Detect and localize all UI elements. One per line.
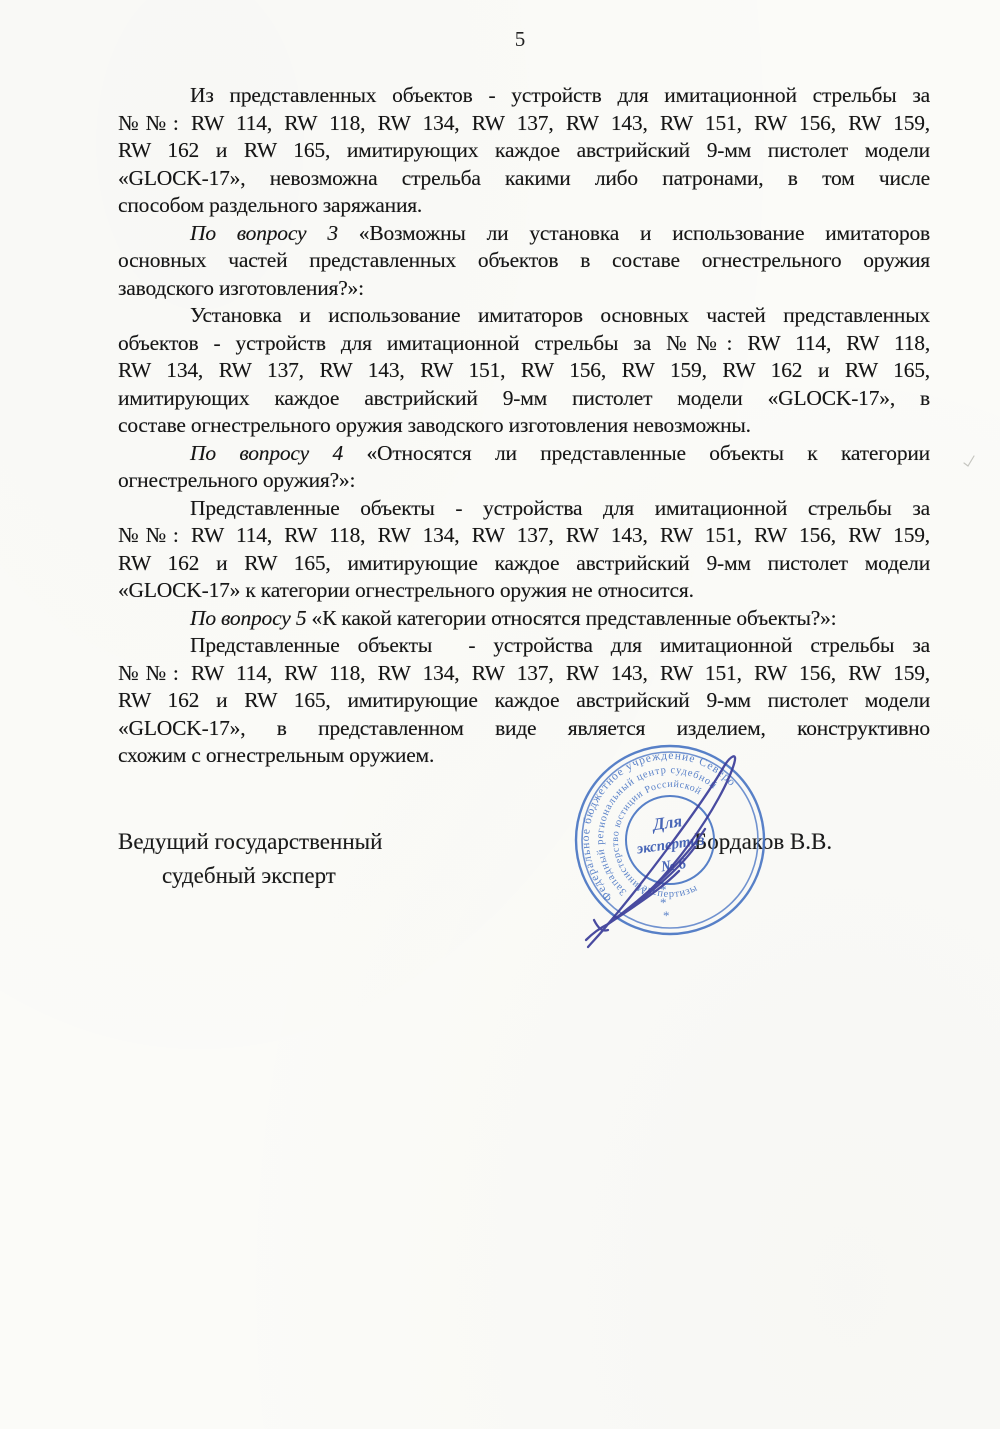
body-segment: огнестрельного оружия?»: (118, 468, 355, 492)
body-segment: имитирующих каждое австрийский 9-мм пист… (118, 386, 930, 410)
body-segment: №№: RW 114, RW 118, RW 134, RW 137, RW 1… (118, 661, 930, 685)
body-line: основных частей представленных объектов … (118, 247, 930, 275)
body-segment: способом раздельного заряжания. (118, 193, 422, 217)
body-segment: схожим с огнестрельным оружием. (118, 743, 434, 767)
body-line: №№: RW 114, RW 118, RW 134, RW 137, RW 1… (118, 522, 930, 550)
body-line: «GLOCK-17», в представленном виде являет… (118, 715, 930, 743)
body-segment: №№: RW 114, RW 118, RW 134, RW 137, RW 1… (118, 111, 930, 135)
body-text: Из представленных объектов - устройств д… (118, 82, 930, 770)
body-line: схожим с огнестрельным оружием. (118, 742, 930, 770)
body-line: №№: RW 114, RW 118, RW 134, RW 137, RW 1… (118, 660, 930, 688)
body-segment: «GLOCK-17», невозможна стрельба какими л… (118, 166, 930, 190)
body-segment-italic: По вопросу 3 (190, 221, 359, 245)
signer-role-line2: судебный эксперт (118, 859, 382, 893)
body-segment: «Возможны ли установка и использование и… (359, 221, 930, 245)
body-segment: основных частей представленных объектов … (118, 248, 930, 272)
body-segment-italic: По вопросу 5 (190, 606, 312, 630)
body-line: Установка и использование имитаторов осн… (118, 302, 930, 330)
signer-role-line1: Ведущий государственный (118, 825, 382, 859)
body-segment: «К какой категории относятся представлен… (312, 606, 837, 630)
body-line: объектов - устройств для имитационной ст… (118, 330, 930, 358)
body-line: Представленные объекты - устройства для … (118, 495, 930, 523)
body-segment: RW 162 и RW 165, имитирующие каждое авст… (118, 551, 930, 575)
stamp-center-line1: Для (650, 811, 684, 834)
stamp-asterisk: * (663, 908, 670, 923)
scanned-document-page: { "page": { "number": "5" }, "body": { "… (0, 0, 1000, 1429)
body-line: «GLOCK-17», невозможна стрельба какими л… (118, 165, 930, 193)
body-line: огнестрельного оружия?»: (118, 467, 930, 495)
body-segment: Представленные объекты - устройства для … (190, 496, 930, 520)
body-segment: RW 162 и RW 165, имитирующие каждое авст… (118, 688, 930, 712)
body-line: заводского изготовления?»: (118, 275, 930, 303)
body-segment: составе огнестрельного оружия заводского… (118, 413, 751, 437)
body-line: По вопросу 4 «Относятся ли представленны… (118, 440, 930, 468)
body-line: RW 162 и RW 165, имитирующих каждое авст… (118, 137, 930, 165)
stamp-svg: Федеральное бюджетное учреждение Северо … (538, 708, 802, 972)
body-line: RW 162 и RW 165, имитирующие каждое авст… (118, 550, 930, 578)
body-segment: «GLOCK-17», в представленном виде являет… (118, 716, 930, 740)
body-segment: Из представленных объектов - устройств д… (190, 83, 930, 107)
body-segment: «Относятся ли представленные объекты к к… (366, 441, 930, 465)
signer-role: Ведущий государственный судебный эксперт (118, 825, 382, 893)
body-line: Из представленных объектов - устройств д… (118, 82, 930, 110)
body-segment: объектов - устройств для имитационной ст… (118, 331, 930, 355)
body-line: По вопросу 3 «Возможны ли установка и ис… (118, 220, 930, 248)
body-segment: заводского изготовления?»: (118, 276, 364, 300)
body-line: RW 134, RW 137, RW 143, RW 151, RW 156, … (118, 357, 930, 385)
body-segment-italic: По вопросу 4 (190, 441, 366, 465)
body-segment: RW 134, RW 137, RW 143, RW 151, RW 156, … (118, 358, 930, 382)
body-segment: «GLOCK-17» к категории огнестрельного ор… (118, 578, 694, 602)
body-line: «GLOCK-17» к категории огнестрельного ор… (118, 577, 930, 605)
body-line: имитирующих каждое австрийский 9-мм пист… (118, 385, 930, 413)
pencil-tick-mark (958, 450, 980, 472)
body-line: способом раздельного заряжания. (118, 192, 930, 220)
body-line: №№: RW 114, RW 118, RW 134, RW 137, RW 1… (118, 110, 930, 138)
official-stamp: Федеральное бюджетное учреждение Северо … (538, 708, 802, 972)
body-segment: Установка и использование имитаторов осн… (190, 303, 930, 327)
body-segment: Представленные объекты - устройства для … (190, 633, 930, 657)
body-line: RW 162 и RW 165, имитирующие каждое авст… (118, 687, 930, 715)
page-number: 5 (0, 27, 1000, 52)
body-line: Представленные объекты - устройства для … (118, 632, 930, 660)
body-segment: RW 162 и RW 165, имитирующих каждое авст… (118, 138, 930, 162)
body-line: составе огнестрельного оружия заводского… (118, 412, 930, 440)
body-line: По вопросу 5 «К какой категории относятс… (118, 605, 930, 633)
body-segment: №№: RW 114, RW 118, RW 134, RW 137, RW 1… (118, 523, 930, 547)
